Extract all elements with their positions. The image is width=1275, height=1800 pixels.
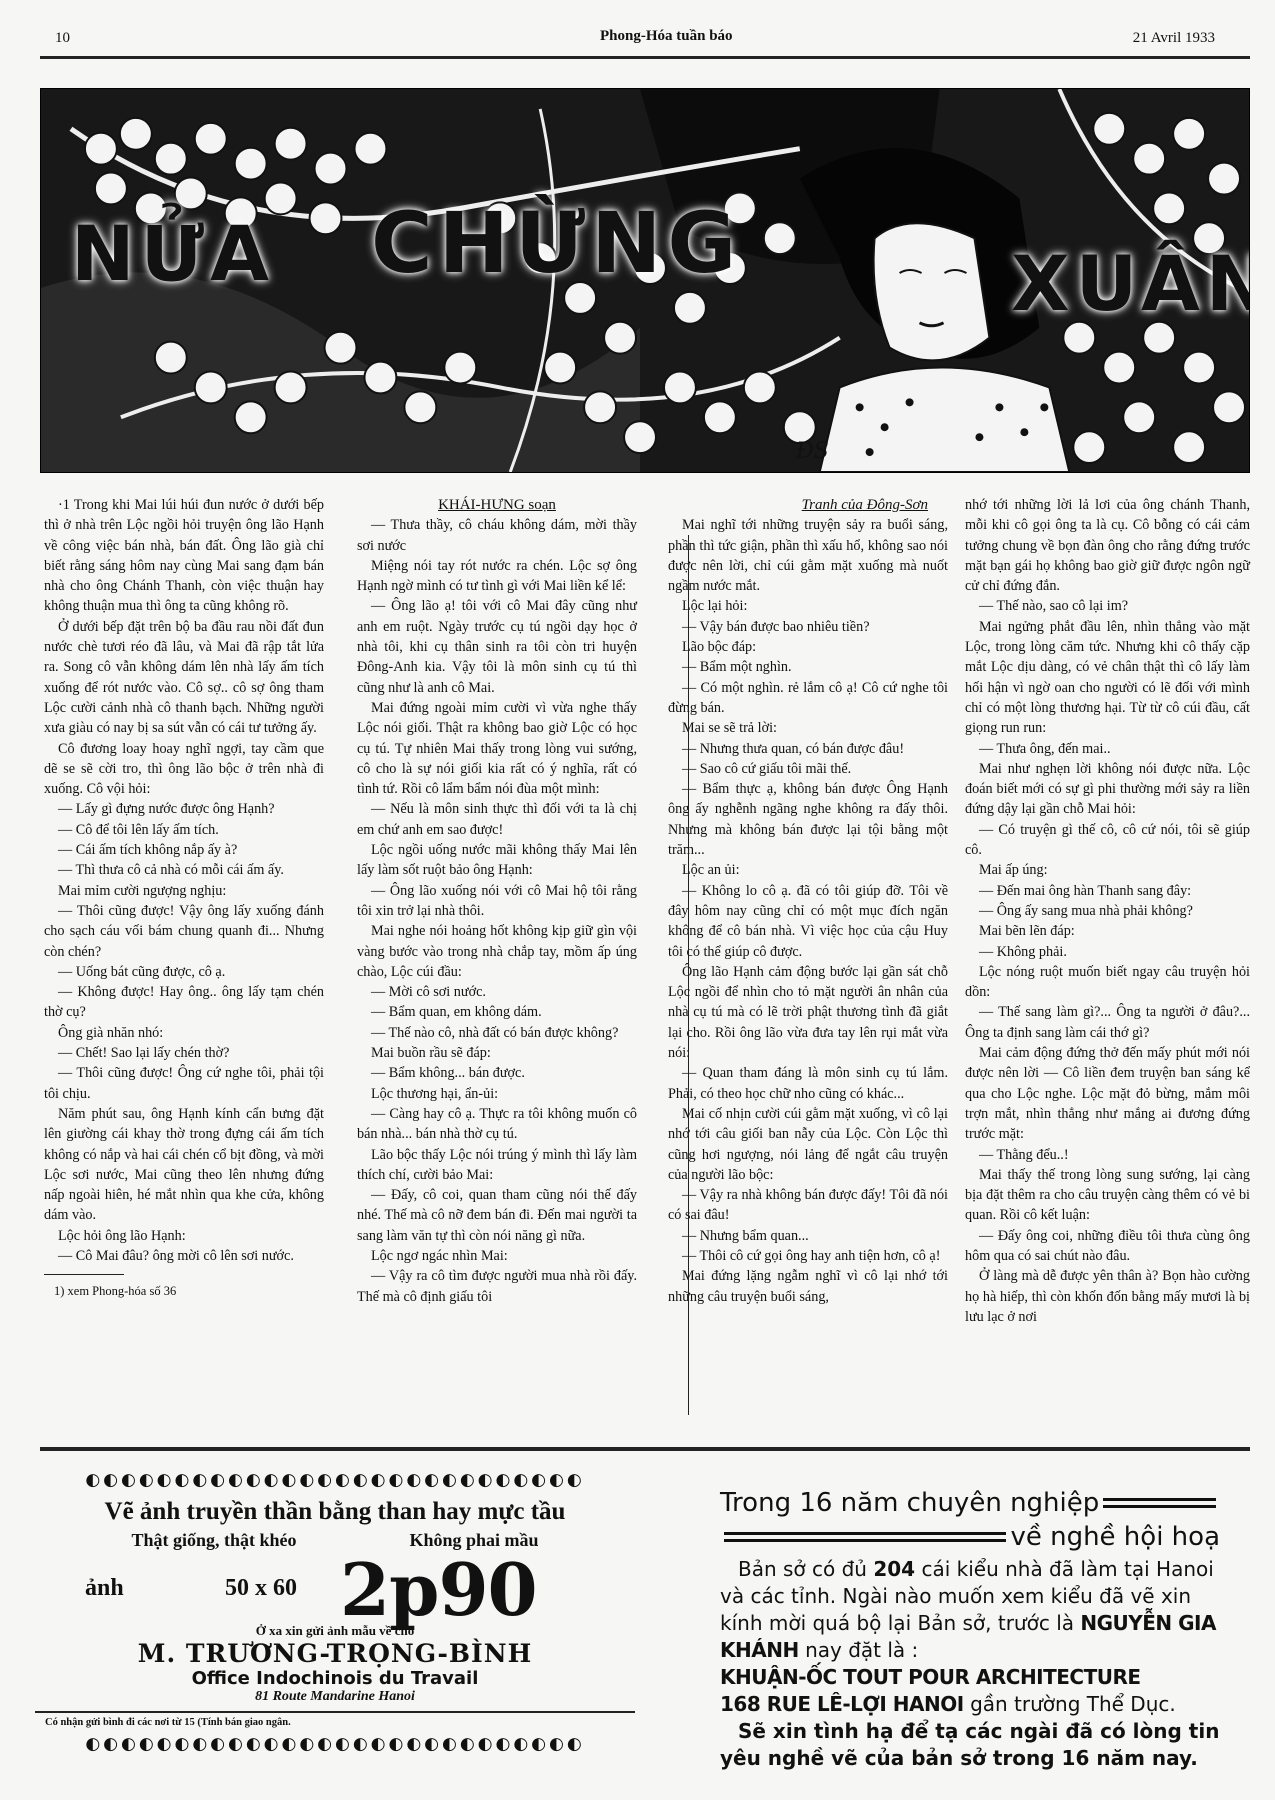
paragraph: Mai cảm động đứng thở đến mấy phút mới n… bbox=[965, 1043, 1250, 1144]
dialogue-line: — Nếu là môn sinh thực thì đối với ta là… bbox=[357, 799, 637, 840]
paragraph: Mai đứng ngoài mỉm cười vì vừa nghe thấy… bbox=[357, 698, 637, 799]
page-number: 10 bbox=[55, 30, 70, 47]
architecture-advertisement: Trong 16 năm chuyên nghiệp về nghề hội h… bbox=[720, 1488, 1220, 1788]
dot-border-icon: ◐◐◐◐◐◐◐◐◐◐◐◐◐◐◐◐◐◐◐◐◐◐◐◐◐◐◐◐ bbox=[35, 1734, 635, 1754]
ad-body: Bản sở có đủ 204 cái kiểu nhà đã làm tại… bbox=[720, 1556, 1220, 1772]
dialogue-line: — Bẩm không... bán được. bbox=[357, 1063, 637, 1083]
author-credit: KHÁI-HƯNG soạn bbox=[357, 495, 637, 515]
dialogue-line: — Thế sang làm gì?... Ông ta người ở đâu… bbox=[965, 1002, 1250, 1043]
paragraph: Lộc nóng ruột muốn biết ngay câu truyện … bbox=[965, 962, 1250, 1003]
ad-headline-1: Trong 16 năm chuyên nghiệp bbox=[720, 1488, 1220, 1518]
header-rule bbox=[40, 56, 1250, 59]
paragraph: Năm phút sau, ông Hạnh kính cẩn bưng đặt… bbox=[44, 1104, 324, 1226]
illustrator-signature: ĐS bbox=[796, 439, 829, 464]
dialogue-line: — Có một nghìn. rẻ lắm cô ạ! Cô cứ nghe … bbox=[668, 678, 948, 719]
paragraph: Mai ngửng phắt đầu lên, nhìn thẳng vào m… bbox=[965, 617, 1250, 739]
dialogue-line: — Thôi cũng được! Vậy ông lấy xuống đánh… bbox=[44, 901, 324, 962]
paragraph: Lộc hỏi ông lão Hạnh: bbox=[44, 1226, 324, 1246]
paragraph: Mai bẽn lẽn đáp: bbox=[965, 921, 1250, 941]
portrait-advertisement: ◐◐◐◐◐◐◐◐◐◐◐◐◐◐◐◐◐◐◐◐◐◐◐◐◐◐◐◐ Vẽ ảnh truy… bbox=[35, 1470, 635, 1790]
paragraph: Lộc ngơ ngác nhìn Mai: bbox=[357, 1246, 637, 1266]
dialogue-line: — Ông lão xuống nói với cô Mai hộ tôi rằ… bbox=[357, 881, 637, 922]
body-text: nay đặt là : bbox=[805, 1638, 918, 1662]
dialogue-line: — Thôi cô cứ gọi ông hay anh tiện hơn, c… bbox=[668, 1246, 948, 1266]
dialogue-line: — Bẩm quan, em không dám. bbox=[357, 1002, 637, 1022]
dialogue-line: — Đấy, cô coi, quan tham cũng nói thế đấ… bbox=[357, 1185, 637, 1246]
article-column-3: Tranh của Đông-Sơn Mai nghĩ tới những tr… bbox=[668, 495, 948, 1307]
dialogue-line: — Đấy ông coi, những điều tôi thưa cùng … bbox=[965, 1226, 1250, 1267]
mail-note: Ở xa xin gửi ảnh mẫu về cho bbox=[35, 1623, 635, 1639]
dialogue-line: — Bẩm một nghìn. bbox=[668, 657, 948, 677]
advertiser-address: 81 Route Mandarine Hanoi bbox=[35, 1689, 635, 1705]
dialogue-line: — Mời cô sơi nước. bbox=[357, 982, 637, 1002]
ad-taglines: Thật giống, thật khéo Không phai mầu bbox=[35, 1530, 635, 1551]
ad-fine-print: Có nhận gửi bình đi các nơi từ 15 (Tính … bbox=[35, 1717, 635, 1728]
item-size: 50 x 60 bbox=[225, 1575, 297, 1602]
dialogue-line: — Quan tham đáng là môn sinh cụ tú lắm. … bbox=[668, 1063, 948, 1104]
paragraph: Mai nghĩ tới những truyện sảy ra buổi sá… bbox=[668, 515, 948, 596]
ad-headline-2: về nghề hội hoạ bbox=[720, 1522, 1220, 1552]
body-text: Bản sở có đủ bbox=[720, 1557, 867, 1581]
paragraph: Lộc ngồi uống nước mãi không thấy Mai lê… bbox=[357, 840, 637, 881]
paragraph: Mai se sẽ trả lời: bbox=[668, 718, 948, 738]
paragraph: Lộc thương hại, ẩn-ủi: bbox=[357, 1084, 637, 1104]
dialogue-line: — Vậy ra cô tìm được người mua nhà rồi đ… bbox=[357, 1266, 637, 1307]
advertiser-name: M. TRƯƠNG-TRỌNG-BÌNH bbox=[35, 1639, 635, 1668]
paragraph: Lão bộc thấy Lộc nói trúng ý mình thì lấ… bbox=[357, 1145, 637, 1186]
dialogue-line: — Đến mai ông hàn Thanh sang đây: bbox=[965, 881, 1250, 901]
tagline-quality: Thật giống, thật khéo bbox=[131, 1530, 296, 1551]
advertiser-office: Office Indochinois du Travail bbox=[35, 1668, 635, 1689]
item-price: 2p90 bbox=[340, 1547, 537, 1632]
dialogue-line: — Vậy bán được bao nhiêu tiền? bbox=[668, 617, 948, 637]
footnote-rule bbox=[44, 1274, 124, 1275]
double-rule bbox=[724, 1532, 1006, 1542]
newspaper-name: Phong-Hóa tuần báo bbox=[600, 28, 733, 45]
business-address: 168 RUE LÊ-LỢI HANOI bbox=[720, 1692, 964, 1716]
dialogue-line: — Chết! Sao lại lấy chén thờ? bbox=[44, 1043, 324, 1063]
closing-text: Sẽ xin tình hạ để tạ các ngài đã có lòng… bbox=[720, 1719, 1219, 1770]
article-column-2: KHÁI-HƯNG soạn — Thưa thầy, cô cháu khôn… bbox=[357, 495, 637, 1307]
dialogue-line: — Bẩm thực ạ, không bán được Ông Hạnh ôn… bbox=[668, 779, 948, 860]
paragraph: ·1 Trong khi Mai lúi húi đun nước ở dưới… bbox=[44, 495, 324, 617]
ad-headline: Vẽ ảnh truyền thần bằng than hay mực tầu bbox=[35, 1498, 635, 1526]
title-illustration: NỬA CHỪNG XUÂN ĐS bbox=[40, 88, 1250, 473]
plum-blossom-illustration-icon bbox=[41, 89, 1249, 472]
paragraph: Mai mỉm cười ngượng nghịu: bbox=[44, 881, 324, 901]
issue-date: 21 Avril 1933 bbox=[1133, 30, 1215, 47]
dot-border-icon: ◐◐◐◐◐◐◐◐◐◐◐◐◐◐◐◐◐◐◐◐◐◐◐◐◐◐◐◐ bbox=[35, 1470, 635, 1490]
dialogue-line: — Nhưng bẩm quan... bbox=[668, 1226, 948, 1246]
article-column-1: ·1 Trong khi Mai lúi húi đun nước ở dưới… bbox=[44, 495, 324, 1302]
new-business-name: KHUẬN-ỐC TOUT POUR ARCHITECTURE bbox=[720, 1665, 1141, 1689]
dialogue-line: — Vậy ra nhà không bán được đấy! Tôi đã … bbox=[668, 1185, 948, 1226]
dialogue-line: — Càng hay cô ạ. Thực ra tôi không muốn … bbox=[357, 1104, 637, 1145]
dialogue-line: — Thưa thầy, cô cháu không dám, mời thầy… bbox=[357, 515, 637, 556]
paragraph: Mai đứng lặng ngẫm nghĩ vì cô lại nhớ tớ… bbox=[668, 1266, 948, 1307]
item-label: ảnh bbox=[85, 1575, 124, 1602]
dialogue-line: — Thôi cũng được! Ông cứ nghe tôi, phải … bbox=[44, 1063, 324, 1104]
paragraph: Mai như nghẹn lời không nói được nữa. Lộ… bbox=[965, 759, 1250, 820]
dialogue-line: — Cô Mai đâu? ông mời cô lên sơi nước. bbox=[44, 1246, 324, 1266]
paragraph: Mai nghe nói hoảng hốt không kịp giữ gìn… bbox=[357, 921, 637, 982]
paragraph: Miệng nói tay rót nước ra chén. Lộc sợ ô… bbox=[357, 556, 637, 597]
double-rule bbox=[1103, 1498, 1216, 1508]
dialogue-line: — Ông ấy sang mua nhà phải không? bbox=[965, 901, 1250, 921]
headline-text: Trong 16 năm chuyên nghiệp bbox=[720, 1488, 1099, 1518]
dialogue-line: — Cô để tôi lên lấy ấm tích. bbox=[44, 820, 324, 840]
design-count: 204 bbox=[873, 1557, 915, 1581]
dialogue-line: — Thằng đểu..! bbox=[965, 1145, 1250, 1165]
paragraph: Mai buồn rầu sẽ đáp: bbox=[357, 1043, 637, 1063]
paragraph: Mai cố nhịn cười cúi gằm mặt xuống, vì c… bbox=[668, 1104, 948, 1185]
footnote: 1) xem Phong-hóa số 36 bbox=[44, 1281, 324, 1301]
paragraph: Lộc lại hỏi: bbox=[668, 596, 948, 616]
illustrator-credit: Tranh của Đông-Sơn bbox=[668, 495, 948, 515]
paragraph: Mai ấp úng: bbox=[965, 860, 1250, 880]
ad-price-row: ảnh 50 x 60 2p90 bbox=[35, 1551, 635, 1623]
dialogue-line: — Nhưng thưa quan, có bán được đâu! bbox=[668, 739, 948, 759]
dialogue-line: — Uống bát cũng được, cô ạ. bbox=[44, 962, 324, 982]
paragraph: Ông già nhăn nhó: bbox=[44, 1023, 324, 1043]
paragraph: Ở làng mà dễ được yên thân à? Bọn hào cư… bbox=[965, 1266, 1250, 1327]
article-body: ·1 Trong khi Mai lúi húi đun nước ở dưới… bbox=[0, 495, 1275, 1425]
article-column-4: nhớ tới những lời lả lơi của ông chánh T… bbox=[965, 495, 1250, 1327]
address-note: gần trường Thể Dục. bbox=[970, 1692, 1176, 1716]
paragraph: Ở dưới bếp đặt trên bộ ba đầu rau nồi đấ… bbox=[44, 617, 324, 739]
dialogue-line: — Thì thưa cô cả nhà có mỗi cái ấm ấy. bbox=[44, 860, 324, 880]
dialogue-line: — Lấy gì đựng nước được ông Hạnh? bbox=[44, 799, 324, 819]
dialogue-line: — Thưa ông, đến mai.. bbox=[965, 739, 1250, 759]
paragraph: Ông lão Hạnh cảm động bước lại gần sát c… bbox=[668, 962, 948, 1063]
page-header: 10 Phong-Hóa tuần báo 21 Avril 1933 bbox=[0, 22, 1275, 52]
paragraph: Lão bộc đáp: bbox=[668, 637, 948, 657]
dialogue-line: — Cái ấm tích không nắp ấy à? bbox=[44, 840, 324, 860]
dialogue-line: — Có truyện gì thế cô, cô cứ nói, tôi sẽ… bbox=[965, 820, 1250, 861]
dialogue-line: — Thế nào, sao cô lại im? bbox=[965, 596, 1250, 616]
ads-separator-rule bbox=[40, 1447, 1250, 1451]
paragraph: Cô đương loay hoay nghĩ ngợi, tay cầm qu… bbox=[44, 739, 324, 800]
paragraph: Mai thấy thế trong lòng sung sướng, lại … bbox=[965, 1165, 1250, 1226]
dialogue-line: — Ông lão ạ! tôi với cô Mai đây cũng như… bbox=[357, 596, 637, 697]
dialogue-line: — Không phải. bbox=[965, 942, 1250, 962]
dialogue-line: — Thế nào cô, nhà đất có bán được không? bbox=[357, 1023, 637, 1043]
dialogue-line: — Sao cô cứ giấu tôi mãi thế. bbox=[668, 759, 948, 779]
dialogue-line: — Không lo cô ạ. đã có tôi giúp đỡ. Tôi … bbox=[668, 881, 948, 962]
dialogue-line: — Không được! Hay ông.. ông lấy tạm chén… bbox=[44, 982, 324, 1023]
paragraph: nhớ tới những lời lả lơi của ông chánh T… bbox=[965, 495, 1250, 596]
headline-text: về nghề hội hoạ bbox=[1010, 1522, 1220, 1552]
paragraph: Lộc an ủi: bbox=[668, 860, 948, 880]
ad-rule bbox=[35, 1711, 635, 1713]
